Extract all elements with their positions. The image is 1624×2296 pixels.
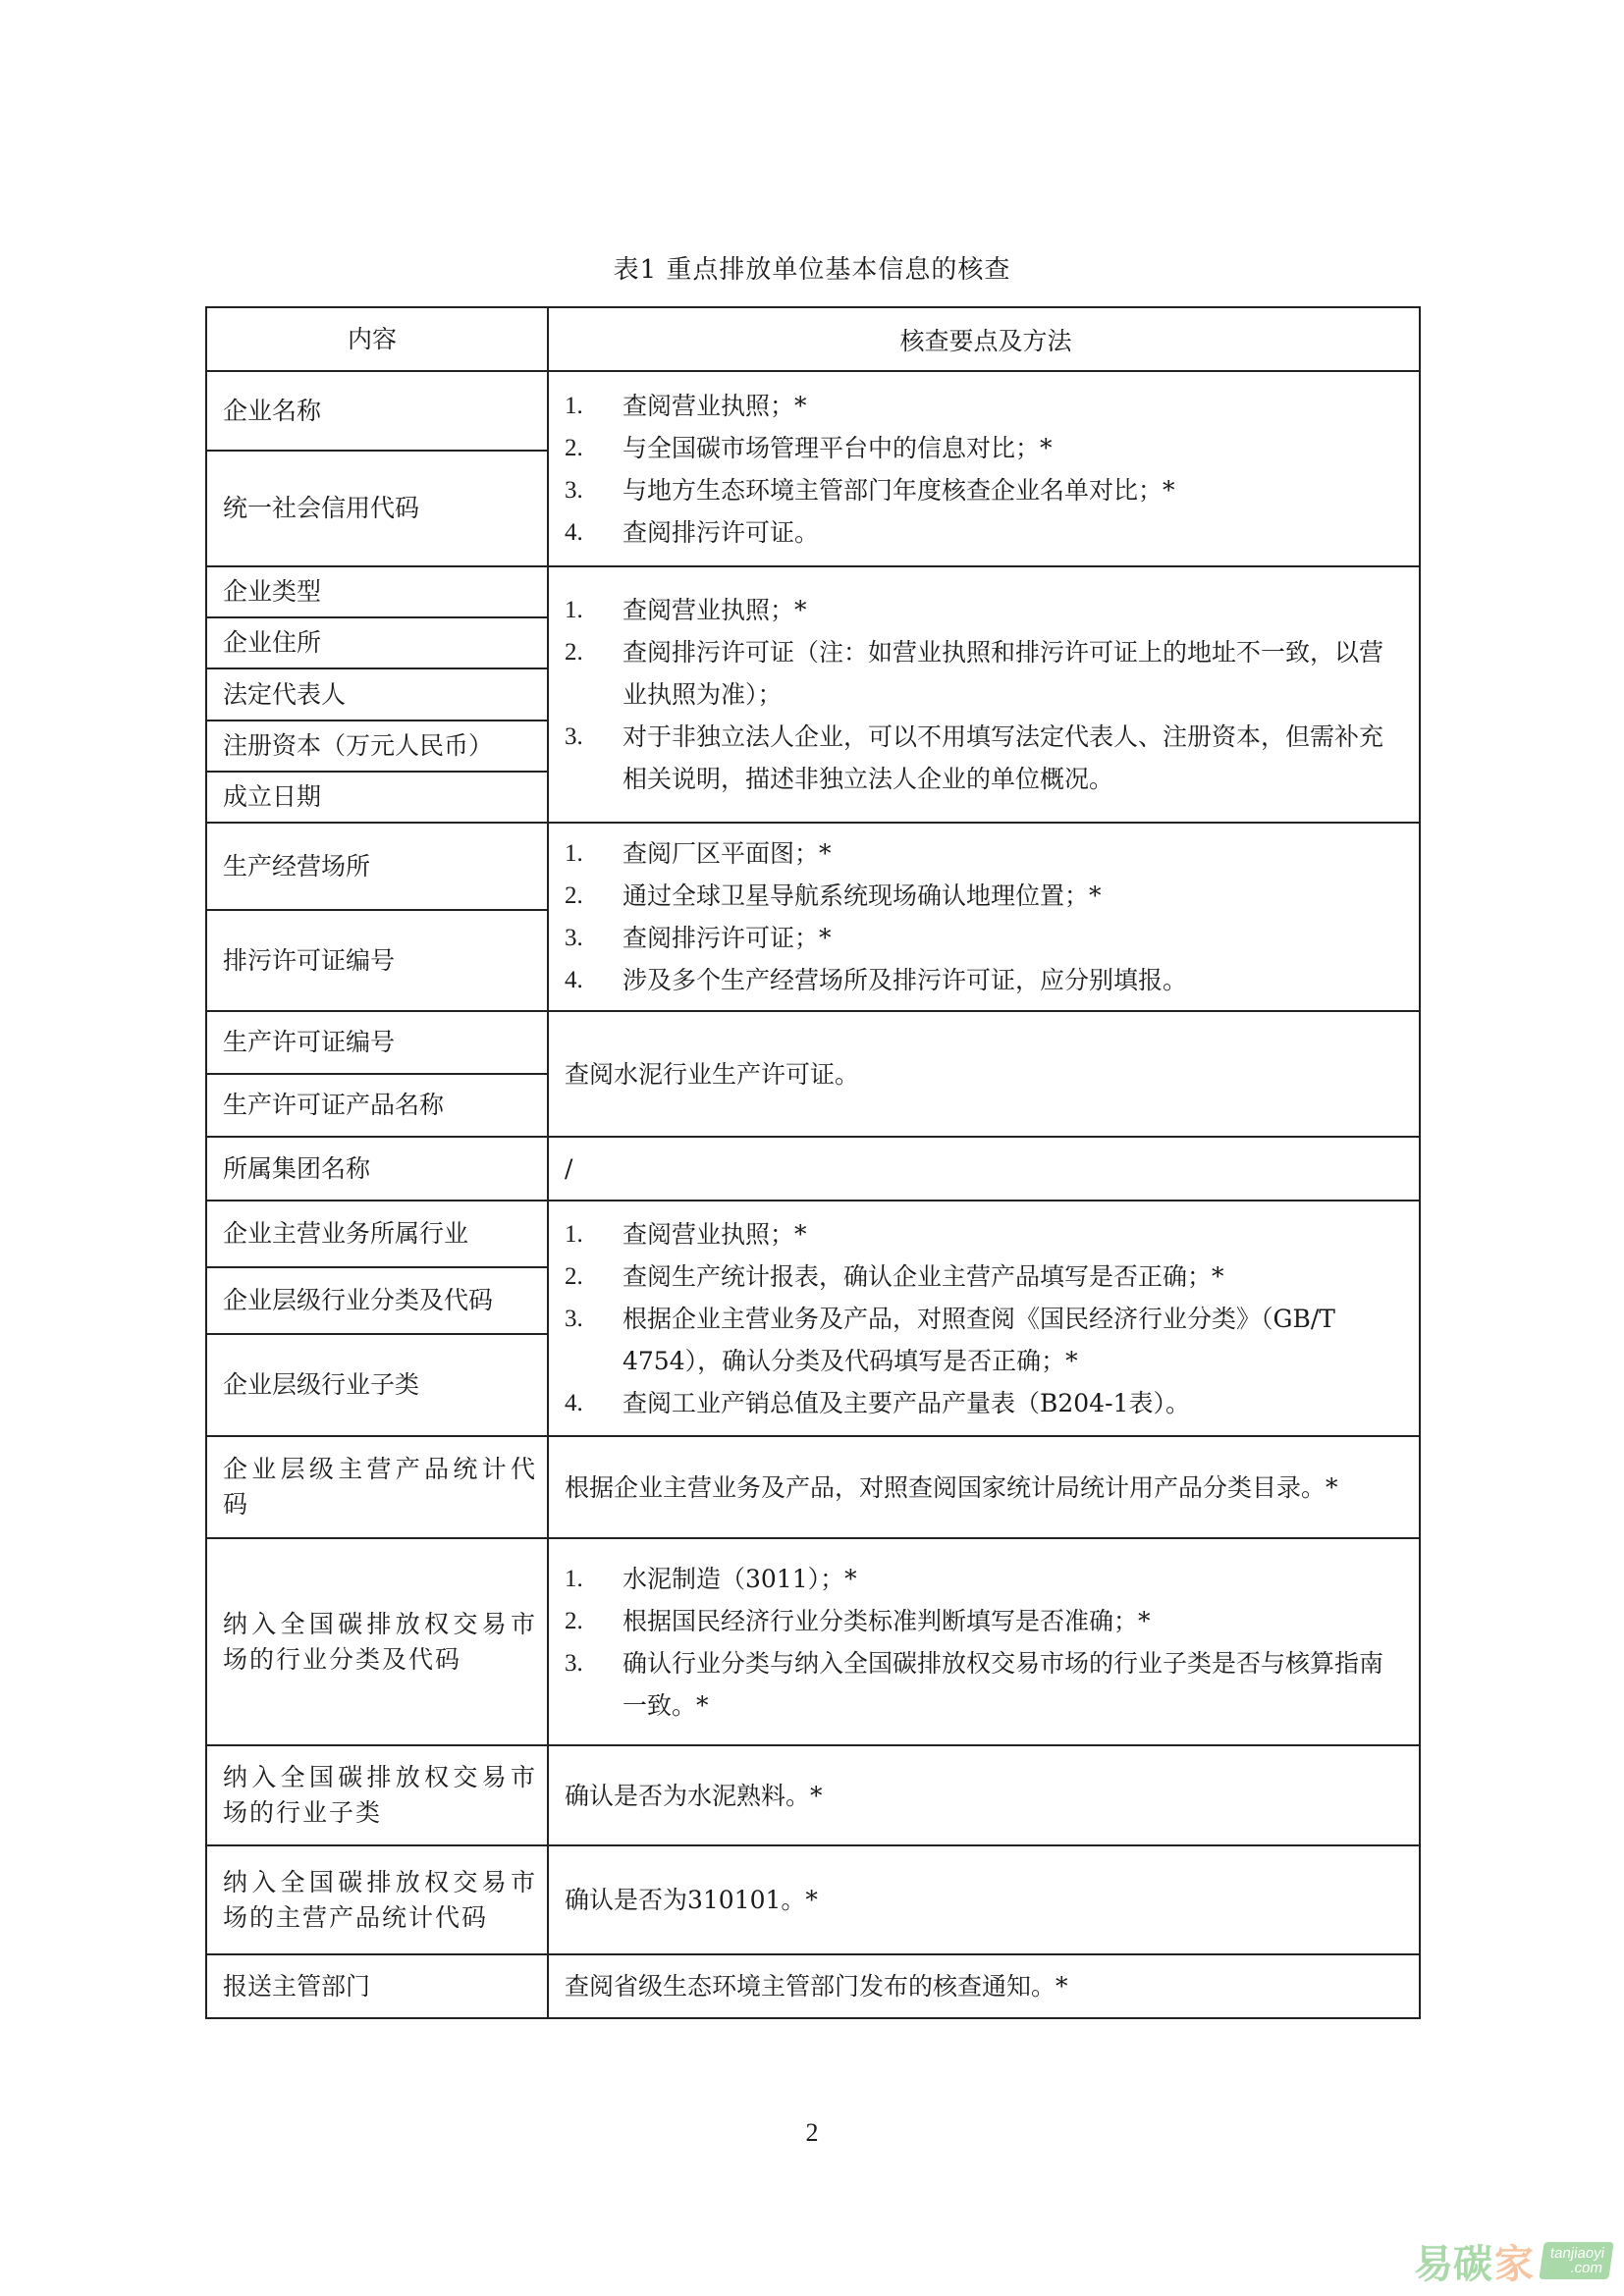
field-cell: 纳入全国碳排放权交易市场的行业子类 [206,1745,548,1845]
method-cell: 1.水泥制造（3011）；* 2.根据国民经济行业分类标准判断填写是否准确；* … [548,1538,1420,1745]
method-item: 3.确认行业分类与纳入全国碳排放权交易市场的行业子类是否与核算指南一致。* [565,1642,1407,1727]
field-cell: 生产许可证编号 [206,1011,548,1074]
method-item: 4.涉及多个生产经营场所及排污许可证，应分别填报。 [565,959,1407,1001]
method-item: 3.根据企业主营业务及产品，对照查阅《国民经济行业分类》（GB/T 4754），… [565,1298,1407,1382]
field-cell: 生产经营场所 [206,823,548,910]
field-cell: 企业类型 [206,566,548,617]
method-item: 4.查阅排污许可证。 [565,511,1407,554]
method-item: 2.通过全球卫星导航系统现场确认地理位置；* [565,875,1407,917]
method-item: 3.对于非独立法人企业，可以不用填写法定代表人、注册资本，但需补充相关说明，描述… [565,716,1407,800]
method-item: 2.查阅排污许可证（注：如营业执照和排污许可证上的地址不一致，以营业执照为准）； [565,631,1407,716]
watermark-domain-badge: tanjiaoyi .com [1539,2242,1613,2279]
field-cell: 排污许可证编号 [206,910,548,1011]
field-cell: 所属集团名称 [206,1137,548,1201]
field-cell: 成立日期 [206,772,548,823]
field-cell: 法定代表人 [206,668,548,721]
method-list: 1.查阅营业执照；* 2.与全国碳市场管理平台中的信息对比；* 3.与地方生态环… [565,385,1407,554]
method-item: 1.查阅厂区平面图；* [565,832,1407,875]
table-title: 表1 重点排放单位基本信息的核查 [0,249,1624,286]
field-cell: 企业住所 [206,617,548,668]
method-list: 1.查阅营业执照；* 2.查阅排污许可证（注：如营业执照和排污许可证上的地址不一… [565,589,1407,800]
method-item: 2.查阅生产统计报表，确认企业主营产品填写是否正确；* [565,1255,1407,1298]
method-cell: / [548,1137,1420,1201]
method-item: 1.查阅营业执照；* [565,385,1407,427]
header-content: 内容 [206,307,548,371]
table-row: 企业主营业务所属行业 1.查阅营业执照；* 2.查阅生产统计报表，确认企业主营产… [206,1201,1420,1267]
field-cell: 企业名称 [206,371,548,451]
method-cell: 确认是否为310101。* [548,1845,1420,1954]
method-item: 4.查阅工业产销总值及主要产品产量表（B204-1表）。 [565,1382,1407,1424]
method-cell: 查阅省级生态环境主管部门发布的核查通知。* [548,1954,1420,2018]
field-cell: 纳入全国碳排放权交易市场的行业分类及代码 [206,1538,548,1745]
method-item: 1.水泥制造（3011）；* [565,1558,1407,1600]
header-method: 核查要点及方法 [548,307,1420,371]
verification-table: 内容 核查要点及方法 企业名称 1.查阅营业执照；* 2.与全国碳市场管理平台中… [205,306,1421,2019]
field-cell: 企业层级行业分类及代码 [206,1267,548,1334]
method-item: 1.查阅营业执照；* [565,1213,1407,1255]
method-cell: 根据企业主营业务及产品，对照查阅国家统计局统计用产品分类目录。* [548,1436,1420,1538]
method-cell: 1.查阅营业执照；* 2.查阅排污许可证（注：如营业执照和排污许可证上的地址不一… [548,566,1420,823]
table-row: 报送主管部门 查阅省级生态环境主管部门发布的核查通知。* [206,1954,1420,2018]
field-cell: 报送主管部门 [206,1954,548,2018]
table-row: 纳入全国碳排放权交易市场的行业分类及代码 1.水泥制造（3011）；* 2.根据… [206,1538,1420,1745]
method-item: 2.与全国碳市场管理平台中的信息对比；* [565,427,1407,469]
table-row: 企业名称 1.查阅营业执照；* 2.与全国碳市场管理平台中的信息对比；* 3.与… [206,371,1420,451]
method-item: 1.查阅营业执照；* [565,589,1407,631]
method-cell: 1.查阅营业执照；* 2.查阅生产统计报表，确认企业主营产品填写是否正确；* 3… [548,1201,1420,1436]
field-cell: 企业层级行业子类 [206,1334,548,1436]
method-list: 1.水泥制造（3011）；* 2.根据国民经济行业分类标准判断填写是否准确；* … [565,1558,1407,1727]
method-list: 1.查阅厂区平面图；* 2.通过全球卫星导航系统现场确认地理位置；* 3.查阅排… [565,832,1407,1001]
watermark-brand-part1: 易碳 [1414,2233,1492,2289]
method-item: 3.与地方生态环境主管部门年度核查企业名单对比；* [565,469,1407,511]
method-cell: 1.查阅营业执照；* 2.与全国碳市场管理平台中的信息对比；* 3.与地方生态环… [548,371,1420,566]
method-item: 2.根据国民经济行业分类标准判断填写是否准确；* [565,1600,1407,1642]
method-cell: 1.查阅厂区平面图；* 2.通过全球卫星导航系统现场确认地理位置；* 3.查阅排… [548,823,1420,1011]
table-row: 纳入全国碳排放权交易市场的行业子类 确认是否为水泥熟料。* [206,1745,1420,1845]
table-row: 生产经营场所 1.查阅厂区平面图；* 2.通过全球卫星导航系统现场确认地理位置；… [206,823,1420,910]
table-header-row: 内容 核查要点及方法 [206,307,1420,371]
method-cell: 查阅水泥行业生产许可证。 [548,1011,1420,1137]
field-cell: 注册资本（万元人民币） [206,721,548,772]
watermark-logo: 易碳 家 tanjiaoyi .com [1414,2236,1611,2285]
table-row: 纳入全国碳排放权交易市场的主营产品统计代码 确认是否为310101。* [206,1845,1420,1954]
field-cell: 生产许可证产品名称 [206,1074,548,1137]
field-cell: 统一社会信用代码 [206,451,548,566]
table-row: 生产许可证编号 查阅水泥行业生产许可证。 [206,1011,1420,1074]
method-cell: 确认是否为水泥熟料。* [548,1745,1420,1845]
watermark-brand-part2: 家 [1494,2233,1534,2289]
method-item: 3.查阅排污许可证；* [565,917,1407,959]
table-row: 所属集团名称 / [206,1137,1420,1201]
table-row: 企业类型 1.查阅营业执照；* 2.查阅排污许可证（注：如营业执照和排污许可证上… [206,566,1420,617]
page-number: 2 [0,2118,1624,2148]
field-cell: 企业层级主营产品统计代码 [206,1436,548,1538]
table-row: 企业层级主营产品统计代码 根据企业主营业务及产品，对照查阅国家统计局统计用产品分… [206,1436,1420,1538]
field-cell: 纳入全国碳排放权交易市场的主营产品统计代码 [206,1845,548,1954]
field-cell: 企业主营业务所属行业 [206,1201,548,1267]
method-list: 1.查阅营业执照；* 2.查阅生产统计报表，确认企业主营产品填写是否正确；* 3… [565,1213,1407,1424]
